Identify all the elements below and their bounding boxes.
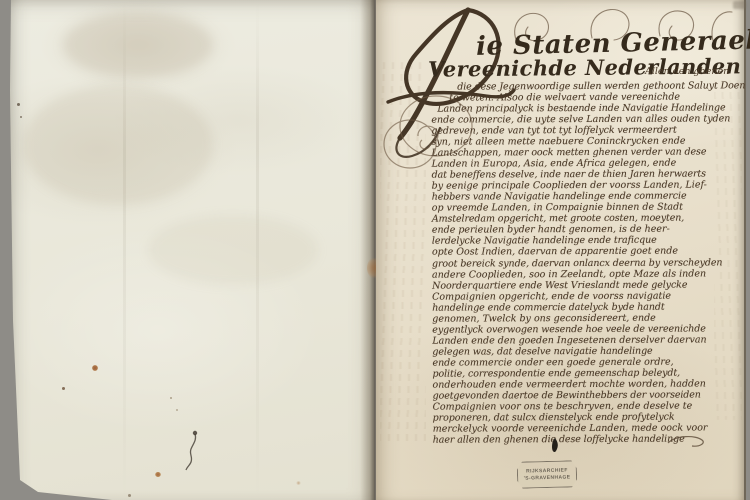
ink-blot-icon bbox=[550, 437, 560, 454]
archive-stamp: RIJKSARCHIEF 'S-GRAVENHAGE bbox=[517, 460, 578, 489]
vellum-smudge bbox=[23, 85, 213, 205]
ink-stain bbox=[155, 472, 161, 477]
ink-squiggle-icon bbox=[184, 430, 202, 472]
ink-stain bbox=[92, 365, 98, 371]
vellum-smudge bbox=[63, 12, 213, 78]
manuscript-line: goetgevonden daertoe de Bewinthebbers de… bbox=[433, 389, 743, 401]
pen-flourish-icon bbox=[666, 433, 708, 449]
ink-stain bbox=[176, 409, 178, 411]
ink-stain bbox=[62, 387, 65, 390]
ink-stain bbox=[17, 103, 20, 106]
manuscript-photo: ie Staten Generael der Vereenichde Neder… bbox=[0, 0, 750, 500]
manuscript-line: groot bereick synde, daervan onlancx dee… bbox=[432, 257, 742, 269]
ink-stain bbox=[170, 397, 172, 399]
ink-stain bbox=[20, 116, 22, 118]
manuscript-text-block: die dese Jegenwoordige sullen werden get… bbox=[431, 80, 743, 445]
manuscript-line: die dese Jegenwoordige sullen werden get… bbox=[457, 80, 741, 92]
manuscript-line: Lantschappen, maer oock metten ghenen ve… bbox=[431, 147, 741, 159]
manuscript-line: Landen ende den goeden Ingesetenen derse… bbox=[432, 334, 742, 346]
manuscript-line: by eenige principale Cooplieden der voor… bbox=[432, 180, 742, 192]
manuscript-line: ende commercie, die uyte selve Landen va… bbox=[431, 113, 741, 125]
title-continuation: Allen den ghenen bbox=[645, 66, 729, 77]
vellum-smudge bbox=[148, 215, 318, 285]
stamp-line-1: RIJKSARCHIEF bbox=[526, 467, 568, 474]
ink-stain bbox=[128, 494, 131, 497]
stamp-line-2: 'S-GRAVENHAGE bbox=[524, 474, 571, 481]
left-blank-page bbox=[8, 0, 374, 500]
ink-stain bbox=[296, 481, 301, 485]
manuscript-line: andere Cooplieden, soo in Zeelandt, opte… bbox=[432, 268, 742, 280]
